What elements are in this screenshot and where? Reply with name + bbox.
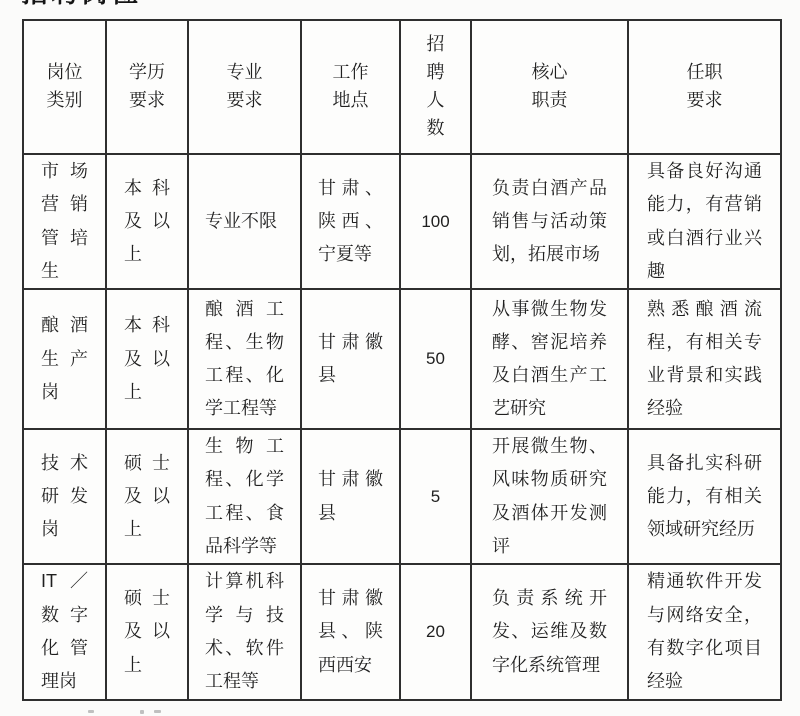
cell-location: 甘肃徽县 (301, 429, 400, 564)
cell-major: 专业不限 (188, 154, 301, 289)
bottom-text-cutoff (88, 710, 208, 715)
col-header-location: 工作 地点 (301, 20, 400, 154)
cell-location: 甘肃徽县、陕西西安 (301, 564, 400, 699)
cell-location: 甘肃、陕西、宁夏等 (301, 154, 400, 289)
cell-location: 甘肃徽县 (301, 289, 400, 429)
table-row-rnd: 技术研发岗 硕士及以上 生物工程、化学工程、食品科学等 甘肃徽县 5 开展微生物… (23, 429, 781, 564)
col-header-requirement: 任职 要求 (628, 20, 781, 154)
cell-duty: 开展微生物、风味物质研究及酒体开发测评 (471, 429, 628, 564)
col-header-duty: 核心 职责 (471, 20, 628, 154)
document-page: 招聘岗位 岗位 类别 学历 要求 专业 要求 工作 地点 招 聘 人 数 核心 … (0, 0, 800, 716)
header-row: 岗位 类别 学历 要求 专业 要求 工作 地点 招 聘 人 数 核心 职责 任职… (23, 20, 781, 154)
page-heading-text: 招聘岗位 (21, 0, 141, 7)
cell-requirement: 精通软件开发与网络安全，有数字化项目经验 (628, 564, 781, 699)
cell-headcount: 5 (400, 429, 471, 564)
cell-category: IT／数字化管理岗 (23, 564, 106, 699)
col-header-headcount: 招 聘 人 数 (400, 20, 471, 154)
cell-education: 硕士及以上 (106, 564, 188, 699)
cell-major: 计算机科学与技术、软件工程等 (188, 564, 301, 699)
cell-requirement: 具备扎实科研能力，有相关领域研究经历 (628, 429, 781, 564)
cell-major: 生物工程、化学工程、食品科学等 (188, 429, 301, 564)
cell-headcount: 50 (400, 289, 471, 429)
cell-category: 酿酒生产岗 (23, 289, 106, 429)
cell-headcount: 20 (400, 564, 471, 699)
cell-category: 市场营销管培生 (23, 154, 106, 289)
cell-requirement: 具备良好沟通能力，有营销或白酒行业兴趣 (628, 154, 781, 289)
col-header-major: 专业 要求 (188, 20, 301, 154)
col-header-category: 岗位 类别 (23, 20, 106, 154)
cell-education: 本科及以上 (106, 154, 188, 289)
cell-requirement: 熟悉酿酒流程，有相关专业背景和实践经验 (628, 289, 781, 429)
cell-headcount: 100 (400, 154, 471, 289)
cell-duty: 负责系统开发、运维及数字化系统管理 (471, 564, 628, 699)
cell-major: 酿酒工程、生物工程、化学工程等 (188, 289, 301, 429)
recruitment-table: 岗位 类别 学历 要求 专业 要求 工作 地点 招 聘 人 数 核心 职责 任职… (22, 19, 782, 701)
cell-duty: 从事微生物发酵、窖泥培养及白酒生产工艺研究 (471, 289, 628, 429)
cell-education: 硕士及以上 (106, 429, 188, 564)
col-header-education: 学历 要求 (106, 20, 188, 154)
table-row-it-digital: IT／数字化管理岗 硕士及以上 计算机科学与技术、软件工程等 甘肃徽县、陕西西安… (23, 564, 781, 699)
page-heading-cutoff: 招聘岗位 (21, 0, 141, 8)
table-row-marketing: 市场营销管培生 本科及以上 专业不限 甘肃、陕西、宁夏等 100 负责白酒产品销… (23, 154, 781, 289)
cell-education: 本科及以上 (106, 289, 188, 429)
cell-duty: 负责白酒产品销售与活动策划，拓展市场 (471, 154, 628, 289)
table-row-brewing: 酿酒生产岗 本科及以上 酿酒工程、生物工程、化学工程等 甘肃徽县 50 从事微生… (23, 289, 781, 429)
cell-category: 技术研发岗 (23, 429, 106, 564)
